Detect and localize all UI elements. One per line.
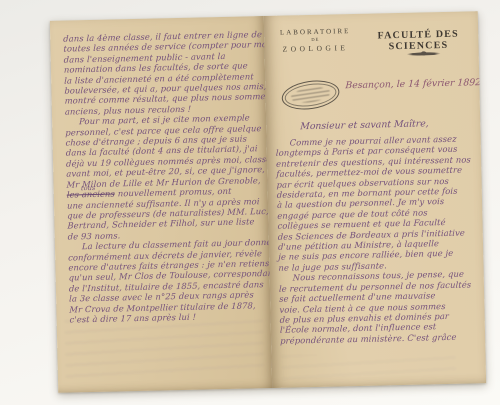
- handwriting-block-left: dans la 4ème classe, il faut entrer en l…: [63, 29, 269, 325]
- handwritten-salutation: Monsieur et savant Maître,: [300, 118, 429, 132]
- handwritten-dateline: Besançon, le 14 février 1892.: [345, 77, 484, 91]
- handwriting-block-right: Comme je ne pourrai aller avant assezlon…: [276, 133, 484, 346]
- scanned-letter-photo: dans la 4ème classe, il faut entrer en l…: [0, 0, 500, 405]
- correction-wrap: tousles anciens: [67, 189, 115, 200]
- letterhead-laboratory: LABORATOIRE DE ZOOLOGIE: [274, 27, 357, 54]
- letterhead-flourish-rule: [407, 52, 441, 56]
- letter-page-left: dans la 4ème classe, il faut entrer en l…: [50, 16, 272, 393]
- letterhead-faculty-title: FACULTÉ DES SCIENCES: [360, 28, 476, 53]
- inserted-word: tous: [81, 183, 96, 194]
- letterhead-laboratory-line3: ZOOLOGIE: [274, 43, 356, 54]
- handwriting-lines-bottom: une ancienneté suffisante. Il n'y a aprè…: [67, 196, 269, 325]
- handwriting-lines-top: dans la 4ème classe, il faut entrer en l…: [63, 29, 265, 190]
- ink-bleed-through: [65, 316, 264, 378]
- letter-page-right: LABORATOIRE DE ZOOLOGIE FACULTÉ DES SCIE…: [264, 11, 486, 388]
- letter-spread: dans la 4ème classe, il faut entrer en l…: [50, 11, 486, 393]
- letterhead-laboratory-line2: DE: [274, 36, 356, 43]
- oval-collection-stamp-icon: [280, 77, 341, 113]
- ink-bleed-through: [281, 352, 456, 382]
